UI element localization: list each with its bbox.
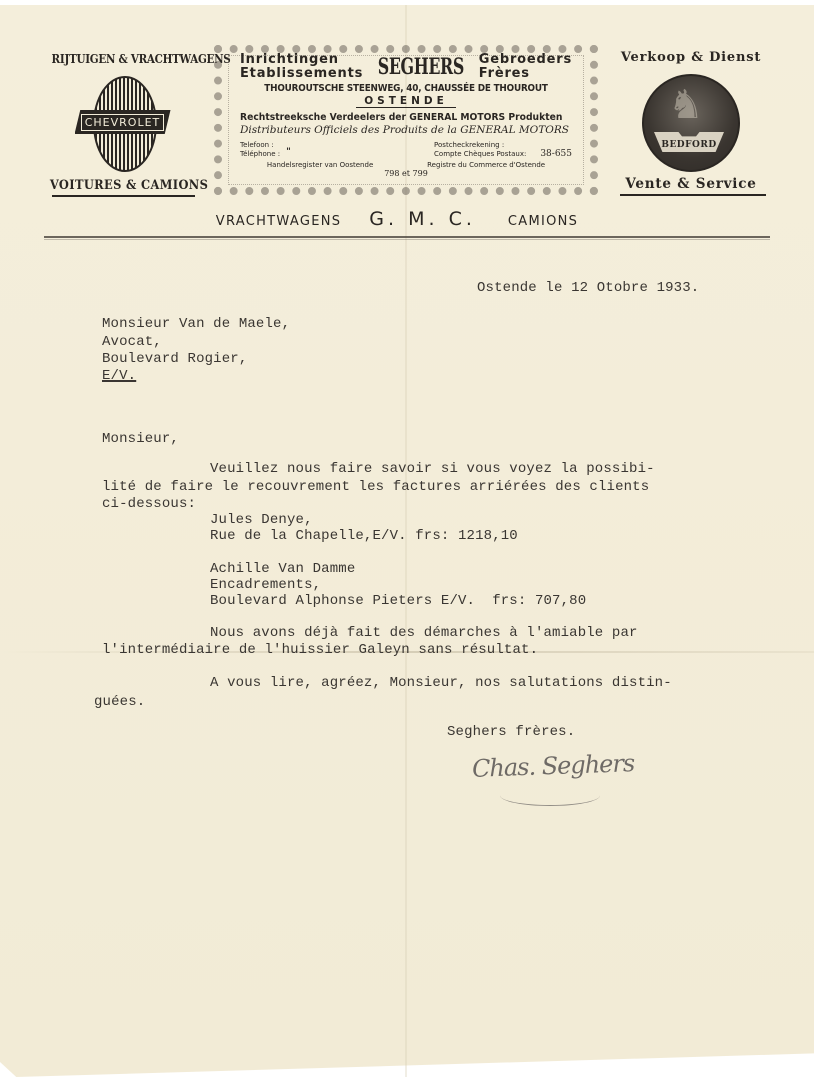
paragraph2-line2: l'intermédiaire de l'huissier Galeyn san… (102, 642, 538, 658)
letterhead-center: Inrichtingen Etablissements SEGHERS Gebr… (214, 45, 598, 195)
gm-distributor-nl: Rechtstreeksche Verdeelers der GENERAL M… (240, 112, 545, 123)
divider (52, 195, 195, 197)
client2-name: Achille Van Damme (210, 561, 355, 577)
recipient-title: Avocat, (102, 334, 162, 350)
letterhead-left: RIJTUIGEN & VRACHTWAGENS CHEVROLET VOITU… (40, 52, 205, 197)
paragraph1-line1: Veuillez nous faire savoir si vous voyez… (210, 461, 655, 477)
handwritten-signature: Chas. Seghers (472, 749, 635, 783)
recipient-city: E/V. (102, 368, 136, 384)
client2-address-amount: Boulevard Alphonse Pieters E/V. frs: 707… (210, 593, 586, 609)
gmc-left-label: VRACHTWAGENS (216, 214, 342, 229)
letterhead-right-top-label: Verkoop & Dienst (606, 50, 776, 65)
client2-business: Encadrements, (210, 577, 321, 593)
bedford-griffin-logo-icon: ♞ BEDFORD (642, 74, 740, 172)
gm-distributor-fr: Distributeurs Officiels des Produits de … (240, 124, 572, 136)
paragraph1-line3: ci-dessous: (102, 496, 196, 512)
company-suffix-fr: Frères (479, 67, 572, 81)
letterhead-divider (44, 236, 770, 238)
gmc-brand: G. M. C. (369, 208, 476, 230)
letterhead-right: Verkoop & Dienst ♞ BEDFORD Vente & Servi… (606, 50, 776, 196)
client1-name: Jules Denye, (210, 512, 313, 528)
register-label-fr: Registre du Commerce d'Ostende (427, 161, 545, 169)
company-address: THOUROUTSCHE STEENWEG, 40, CHAUSSÉE DE T… (252, 83, 561, 94)
client1-address-amount: Rue de la Chapelle,E/V. frs: 1218,10 (210, 528, 518, 544)
griffin-icon: ♞ (668, 82, 704, 128)
postal-label-nl: Postcheckrekening : (434, 141, 526, 150)
gmc-banner: VRACHTWAGENSG. M. C.CAMIONS (0, 208, 814, 230)
postal-label-fr: Compte Chèques Postaux: (434, 150, 526, 159)
contact-info: Telefoon : Téléphone : " Postcheckrekeni… (240, 141, 572, 159)
phone-value: " (286, 148, 291, 157)
register-numbers: 798 et 799 (240, 169, 572, 178)
trade-register: Handelsregister van Oostende Registre du… (240, 161, 572, 169)
company-suffix-nl: Gebroeders (479, 53, 572, 67)
salutation: Monsieur, (102, 431, 179, 447)
letterhead-left-top-label: RIJTUIGEN & VRACHTWAGENS (52, 52, 194, 66)
company-name: Inrichtingen Etablissements SEGHERS Gebr… (240, 53, 572, 81)
postal-number: 38-655 (540, 149, 572, 159)
paragraph1-line2: lité de faire le recouvrement les factur… (102, 479, 649, 495)
closing-line2: guées. (94, 694, 145, 710)
recipient-street: Boulevard Rogier, (102, 351, 247, 367)
company-city: OSTENDE (240, 95, 572, 107)
signature-flourish-icon (500, 785, 600, 806)
letterhead-left-bottom-label: VOITURES & CAMIONS (50, 178, 195, 193)
paragraph2-line1: Nous avons déjà fait des démarches à l'a… (210, 625, 638, 641)
register-label-nl: Handelsregister van Oostende (267, 161, 373, 169)
divider (620, 194, 766, 196)
phone-label-nl: Telefoon : (240, 141, 280, 150)
gmc-right-label: CAMIONS (508, 214, 578, 229)
bedford-logo-text: BEDFORD (661, 140, 716, 150)
company-name-fr: Etablissements (240, 67, 363, 81)
letter-date: Ostende le 12 Otobre 1933. (477, 280, 699, 296)
chevrolet-logo-text: CHEVROLET (81, 114, 165, 131)
divider (356, 107, 456, 108)
company-brand: SEGHERS (378, 54, 464, 80)
phone-label-fr: Téléphone : (240, 150, 280, 159)
company-name-nl: Inrichtingen (240, 53, 363, 67)
chevrolet-logo-icon: CHEVROLET (73, 76, 173, 172)
recipient-name: Monsieur Van de Maele, (102, 316, 290, 332)
letterhead-right-bottom-label: Vente & Service (606, 176, 776, 192)
sender-name: Seghers frères. (447, 724, 575, 740)
closing-line1: A vous lire, agréez, Monsieur, nos salut… (210, 675, 672, 691)
